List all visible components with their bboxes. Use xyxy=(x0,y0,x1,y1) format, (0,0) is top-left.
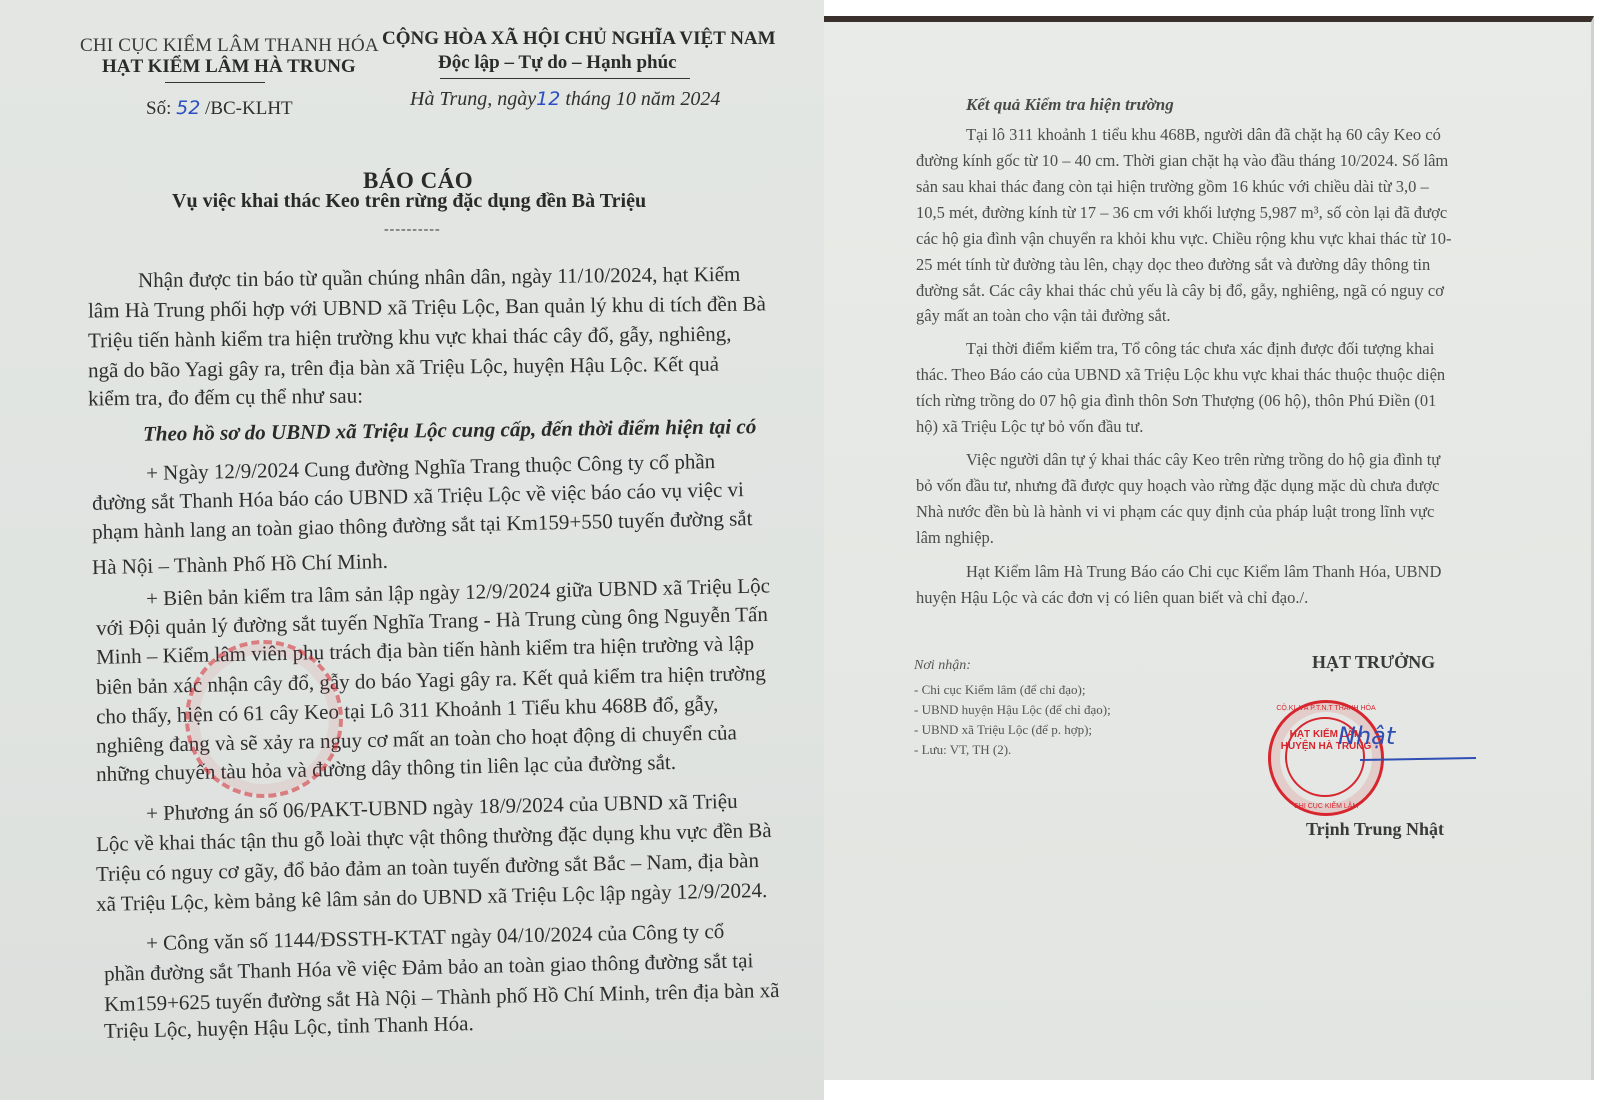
handwritten-day: 12 xyxy=(536,88,560,110)
paragraph-3-line: Nhà nước đền bù là hành vi vi phạm các q… xyxy=(916,502,1434,522)
handwritten-number: 52 xyxy=(176,97,200,119)
intro-line: kiểm tra, đo đếm cụ thể như sau: xyxy=(88,384,363,412)
document-subtitle: Vụ việc khai thác Keo trên rừng đặc dụng… xyxy=(172,190,646,213)
recipient-item: - Lưu: VT, TH (2). xyxy=(914,742,1011,758)
intro-line: ngã do bão Yagi gây ra, trên địa bàn xã … xyxy=(88,352,719,384)
recipient-item: - Chi cục Kiểm lâm (để chỉ đạo); xyxy=(914,682,1085,698)
seal-ring-top-text: CỘ.KL VÀ P.T.N.T THANH HÓA xyxy=(1271,705,1381,712)
seal-ring-bottom-text: CHI CỤC KIỂM LÂM xyxy=(1271,803,1381,810)
signer-title: HẠT TRƯỞNG xyxy=(1312,652,1435,673)
paragraph-2-line: thác. Theo Báo cáo của UBND xã Triệu Lộc… xyxy=(916,365,1445,385)
report-page-2: Kết quả Kiểm tra hiện trường Tại lô 311 … xyxy=(824,16,1594,1080)
intro-line: Nhận được tin báo từ quần chúng nhân dân… xyxy=(138,262,741,293)
nation-title: CỘNG HÒA XÃ HỘI CHỦ NGHĨA VIỆT NAM xyxy=(382,28,776,50)
recipient-item: - UBND xã Triệu Lộc (để p. hợp); xyxy=(914,722,1092,738)
paragraph-1-line: các hộ gia đình vận chuyển ra khỏi khu v… xyxy=(916,229,1451,249)
unit-name: HẠT KIỂM LÂM HÀ TRUNG xyxy=(102,56,356,78)
date-suffix: tháng 10 năm 2024 xyxy=(560,88,720,110)
recipients-title: Nơi nhận: xyxy=(914,658,971,674)
document-date: Hà Trung, ngày12 tháng 10 năm 2024 xyxy=(410,88,720,111)
paragraph-1-line: Tại lô 311 khoảnh 1 tiểu khu 468B, người… xyxy=(966,125,1441,145)
report-page-1: CHI CỤC KIỂM LÂM THANH HÓA HẠT KIỂM LÂM … xyxy=(0,0,824,1100)
paragraph-1-line: 25 mét tính từ đường tàu lên, chạy dọc t… xyxy=(916,255,1430,275)
faint-official-seal xyxy=(185,640,343,798)
date-prefix: Hà Trung, ngày xyxy=(410,88,536,110)
paragraph-2-line: hộ) xã Triệu Lộc tự bỏ vốn đầu tư. xyxy=(916,417,1143,437)
paragraph-2-line: tích rừng trồng do 07 hộ gia đình thôn S… xyxy=(916,391,1436,411)
paragraph-4-line: huyện Hậu Lộc và các đơn vị có liên quan… xyxy=(916,588,1308,608)
paragraph-4-line: Hạt Kiểm lâm Hà Trung Báo cáo Chi cục Ki… xyxy=(966,562,1441,582)
handwritten-signature: Nhật xyxy=(1338,722,1395,750)
paragraph-3-line: lâm nghiệp. xyxy=(916,528,994,548)
paragraph-3-line: bỏ vốn đầu tư, nhưng đã được quy hoạch v… xyxy=(916,476,1439,496)
paragraph-1-line: đường sắt. Các cây khai thác chủ yếu là … xyxy=(916,281,1444,301)
paragraph-1-line: gây mất an toàn cho vận tải đường sắt. xyxy=(916,306,1171,326)
national-motto: Độc lập – Tự do – Hạnh phúc xyxy=(438,52,677,74)
intro-line: lâm Hà Trung phối hợp với UBND xã Triệu … xyxy=(88,291,766,323)
motto-underline xyxy=(440,78,690,79)
source-documents-heading: Theo hồ sơ do UBND xã Triệu Lộc cung cấp… xyxy=(143,414,757,446)
document-number: Số: 52 /BC-KLHT xyxy=(146,97,293,120)
source-item-1-line: Hà Nội – Thành Phố Hồ Chí Minh. xyxy=(92,549,388,580)
title-separator: ---------- xyxy=(384,222,441,238)
agency-name: CHI CỤC KIỂM LÂM THANH HÓA xyxy=(80,35,379,57)
unit-underline xyxy=(165,82,265,83)
number-suffix: /BC-KLHT xyxy=(200,98,292,119)
field-inspection-heading: Kết quả Kiểm tra hiện trường xyxy=(966,95,1174,115)
recipient-item: - UBND huyện Hậu Lộc (để chỉ đạo); xyxy=(914,702,1111,718)
paragraph-1-line: sản sau khai thác đang còn tại hiện trườ… xyxy=(916,177,1429,197)
paragraph-1-line: 10,5 mét, đường kính từ 17 – 36 cm với k… xyxy=(916,203,1447,223)
number-prefix: Số: xyxy=(146,98,176,119)
signer-name: Trịnh Trung Nhật xyxy=(1306,819,1444,840)
paragraph-1-line: đường kính gốc từ 10 – 40 cm. Thời gian … xyxy=(916,151,1448,171)
paragraph-2-line: Tại thời điểm kiểm tra, Tổ công tác chưa… xyxy=(966,339,1434,359)
paragraph-3-line: Việc người dân tự ý khai thác cây Keo tr… xyxy=(966,450,1440,470)
intro-line: Triệu tiến hành kiểm tra hiện trường khu… xyxy=(88,322,732,354)
source-item-4-line: Triệu Lộc, huyện Hậu Lộc, tỉnh Thanh Hóa… xyxy=(104,1011,474,1044)
